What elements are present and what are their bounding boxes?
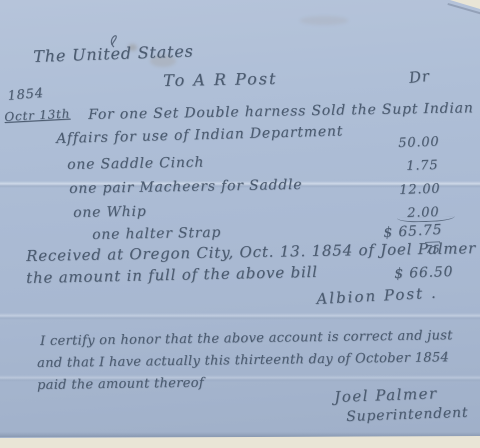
item-amount: 50.00 — [398, 135, 440, 151]
item-description: one Whip — [73, 204, 147, 221]
paper-bottom-edge-shadow — [0, 432, 480, 437]
certification-line: paid the amount thereof — [37, 376, 204, 393]
blue-letter-paper: The United States To A R Post Dr 1854 Oc… — [0, 0, 480, 448]
scanned-receipt-image: The United States To A R Post Dr 1854 Oc… — [0, 0, 480, 448]
certification-line: and that I have actually this thirteenth… — [37, 350, 449, 371]
item-description: one halter Strap — [92, 225, 221, 243]
superintendent-signature: Joel Palmer — [334, 384, 438, 406]
payee-signature: Albion Post . — [316, 284, 438, 308]
item-description: one pair Macheers for Saddle — [69, 177, 303, 197]
item-amount: 1.75 — [406, 158, 439, 174]
certification-line: I certify on honor that the above accoun… — [40, 328, 453, 349]
subtotal-amount: $ 65.75 — [383, 222, 443, 241]
paper-crease — [0, 313, 480, 320]
account-of-line: To A R Post — [163, 69, 278, 90]
total-amount: $ 66.50 — [394, 264, 454, 282]
debit-abbreviation: Dr — [408, 67, 431, 87]
paper-stain — [300, 16, 348, 25]
receipt-statement-line: Received at Oregon City, Oct. 13. 1854 o… — [26, 239, 476, 265]
receipt-statement-line: the amount in full of the above bill — [26, 263, 318, 287]
entry-year: 1854 — [7, 86, 44, 104]
item-description: Affairs for use of Indian Department — [56, 123, 343, 147]
item-amount: 12.00 — [399, 182, 441, 198]
superintendent-title: Superintendent — [346, 405, 469, 425]
paper-corner-edge-shadow — [447, 3, 480, 14]
billed-party: The United States — [33, 41, 194, 66]
item-description: For one Set Double harness Sold the Supt… — [88, 100, 474, 123]
item-description: one Saddle Cinch — [67, 155, 204, 173]
entry-date: Octr 13th — [4, 107, 71, 124]
